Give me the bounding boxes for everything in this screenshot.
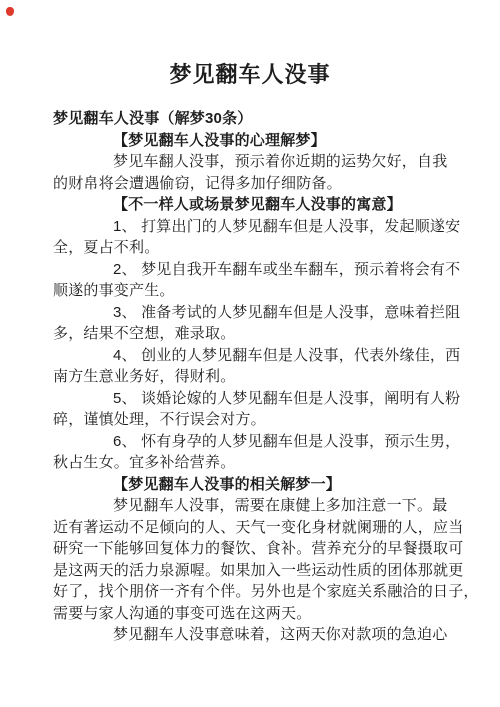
body-line: 的财帛将会遭遇偷窃，记得多加仔细防备。 xyxy=(0,173,500,195)
body-line: 1、 打算出门的人梦见翻车但是人没事，发起顺遂安 xyxy=(0,216,500,238)
body-line: 研究一下能够回复体力的餐饮、食补。营养充分的早餐摄取可 xyxy=(0,538,500,560)
section-heading: 【梦见翻车人没事的相关解梦一】 xyxy=(0,474,500,496)
body-line: 近有著运动不足倾向的人、天气一变化身材就阑珊的人，应当 xyxy=(0,517,500,539)
body-line: 多，结果不空想，难录取。 xyxy=(0,323,500,345)
section-heading: 【不一样人或场景梦见翻车人没事的寓意】 xyxy=(0,194,500,216)
doc-subtitle: 梦见翻车人没事（解梦30条） xyxy=(0,108,500,130)
section-heading: 【梦见翻车人没事的心理解梦】 xyxy=(0,130,500,152)
body-line: 需要与家人沟通的事变可选在这两天。 xyxy=(0,603,500,625)
body-line: 梦见车翻人没事，预示着你近期的运势欠好，自我 xyxy=(0,151,500,173)
body-line: 南方生意业务好，得财利。 xyxy=(0,366,500,388)
page-title: 梦见翻车人没事 xyxy=(0,0,500,92)
document-body: 梦见翻车人没事（解梦30条）【梦见翻车人没事的心理解梦】梦见车翻人没事，预示着你… xyxy=(0,108,500,646)
body-line: 碎，谨慎处理，不行误会对方。 xyxy=(0,409,500,431)
body-line: 梦见翻车人没事意味着，这两天你对款项的急迫心 xyxy=(0,624,500,646)
body-line: 秋占生女。宜多补给营养。 xyxy=(0,452,500,474)
red-marker-icon xyxy=(6,7,14,16)
body-line: 全，夏占不利。 xyxy=(0,237,500,259)
body-line: 2、 梦见自我开车翻车或坐车翻车，预示着将会有不 xyxy=(0,259,500,281)
document-page: 梦见翻车人没事 梦见翻车人没事（解梦30条）【梦见翻车人没事的心理解梦】梦见车翻… xyxy=(0,0,500,707)
body-line: 4、 创业的人梦见翻车但是人没事，代表外缘佳，西 xyxy=(0,345,500,367)
body-line: 梦见翻车人没事，需要在康健上多加注意一下。最 xyxy=(0,495,500,517)
body-line: 3、 准备考试的人梦见翻车但是人没事，意味着拦阻 xyxy=(0,302,500,324)
body-line: 顺遂的事变产生。 xyxy=(0,280,500,302)
body-line: 6、 怀有身孕的人梦见翻车但是人没事，预示生男， xyxy=(0,431,500,453)
body-line: 是这两天的活力泉源喔。如果加入一些运动性质的团体那就更 xyxy=(0,560,500,582)
body-line: 好了，找个朋侪一齐有个伴。另外也是个家庭关系融洽的日子， xyxy=(0,581,500,603)
body-line: 5、 谈婚论嫁的人梦见翻车但是人没事，阐明有人粉 xyxy=(0,388,500,410)
